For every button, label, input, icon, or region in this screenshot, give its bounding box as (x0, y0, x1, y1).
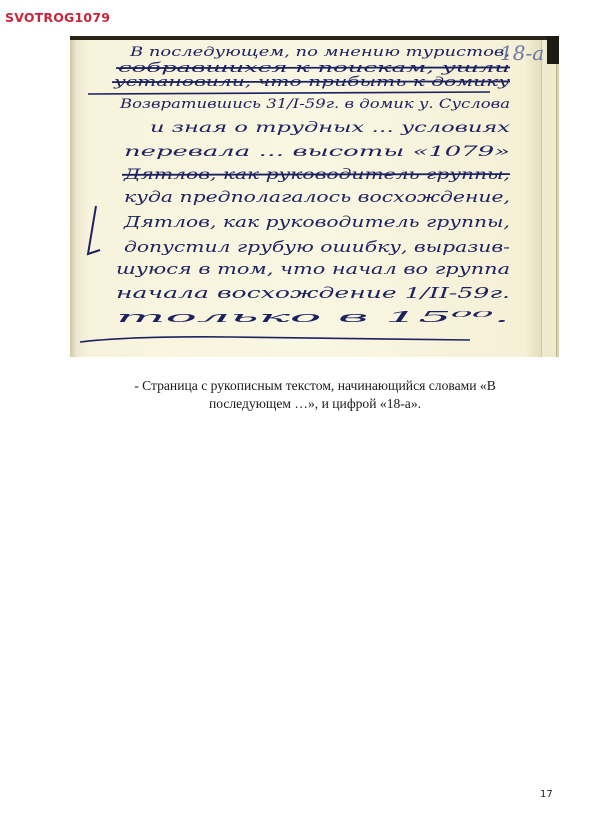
handwritten-line: шуюся в том, что начал во группа (116, 260, 510, 278)
block-separator-line (88, 92, 490, 94)
strikethrough-line (116, 67, 510, 68)
bottom-rule-line (80, 337, 470, 342)
handwritten-line: В последующем, по мнению туристов, (129, 45, 510, 60)
handwritten-line: и зная о трудных … условиях (150, 120, 510, 136)
page-marker-text: 18-а (500, 41, 544, 65)
handwritten-line: допустил грубую ошибку, выразив- (124, 238, 510, 256)
caption-line-2: последующем …», и цифрой «18-а». (110, 395, 520, 413)
handwritten-line: Возвратившись 31/I-59г. в домик у. Сусло… (119, 97, 510, 112)
handwritten-line: только в 15⁰⁰. (116, 308, 510, 326)
strikethrough-line (122, 174, 510, 175)
handwritten-line: начала восхождение 1/II-59г. (116, 284, 510, 302)
handwritten-line: куда предполагалось восхождение, (124, 188, 510, 206)
page-number: 17 (540, 789, 553, 800)
caption-line-1: - Страница с рукописным текстом, начинаю… (110, 377, 520, 395)
handwriting-layer: В последующем, по мнению туристов,собрав… (70, 36, 559, 357)
watermark-label: SVOTROG1079 (5, 10, 110, 25)
handwritten-line: Дятлов, как руководитель группы, (123, 213, 510, 231)
handwritten-line: перевала … высоты «1079» (124, 144, 510, 160)
margin-mark-icon (88, 206, 100, 254)
strikethrough-line (112, 81, 510, 82)
handwritten-page-photo: В последующем, по мнению туристов,собрав… (70, 36, 559, 357)
figure-caption: - Страница с рукописным текстом, начинаю… (110, 377, 520, 413)
